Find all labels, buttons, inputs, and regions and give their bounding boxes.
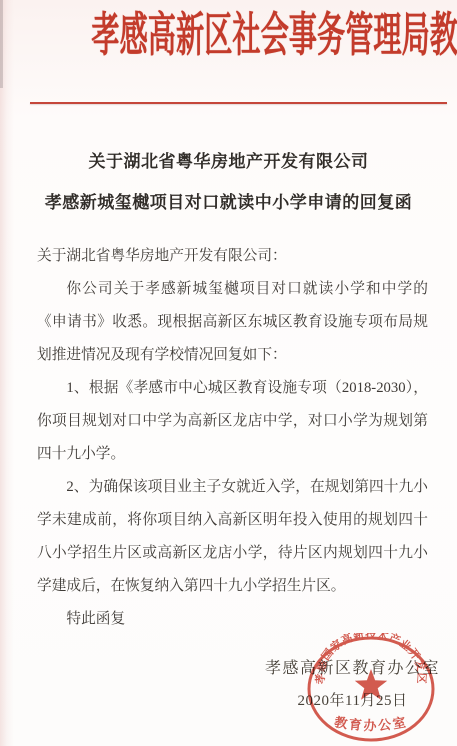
document-title-line2: 孝感新城玺樾项目对口就读中小学申请的回复函 [0,182,457,223]
body-paragraph: 1、根据《孝感市中心城区教育设施专项（2018-2030），你项目规划对口中学为… [37,372,428,471]
letter-body: 关于湖北省粤华房地产开发有限公司： 你公司关于孝感新城玺樾项目对口就读小学和中学… [37,240,428,636]
body-paragraph: 你公司关于孝感新城玺樾项目对口就读小学和中学的《申请书》收悉。现根据高新区东城区… [37,273,428,372]
body-paragraph: 2、为确保该项目业主子女就近入学，在规划第四十九小学未建成前，将你项目纳入高新区… [37,471,428,603]
letterhead-title: 孝感高新区社会事务管理局教育办 [91,8,365,64]
signature-block: 孝感高新区教育办公室 2020年11月25日 [265,655,440,710]
letterhead-divider [30,102,447,104]
document-title-line1: 关于湖北省粤华房地产开发有限公司 [0,141,457,182]
official-letter-page: 孝感高新区社会事务管理局教育办 关于湖北省粤华房地产开发有限公司 孝感新城玺樾项… [0,0,457,746]
closing-phrase: 特此函复 [37,603,428,636]
signature-date: 2020年11月25日 [265,689,440,710]
seal-bottom-text: 教育办公室 [332,714,409,733]
svg-text:教育办公室: 教育办公室 [332,714,409,733]
salutation: 关于湖北省粤华房地产开发有限公司： [37,240,428,273]
scan-edge-artifact [0,0,3,88]
signing-office: 孝感高新区教育办公室 [265,655,440,678]
document-title: 关于湖北省粤华房地产开发有限公司 孝感新城玺樾项目对口就读中小学申请的回复函 [0,141,457,223]
